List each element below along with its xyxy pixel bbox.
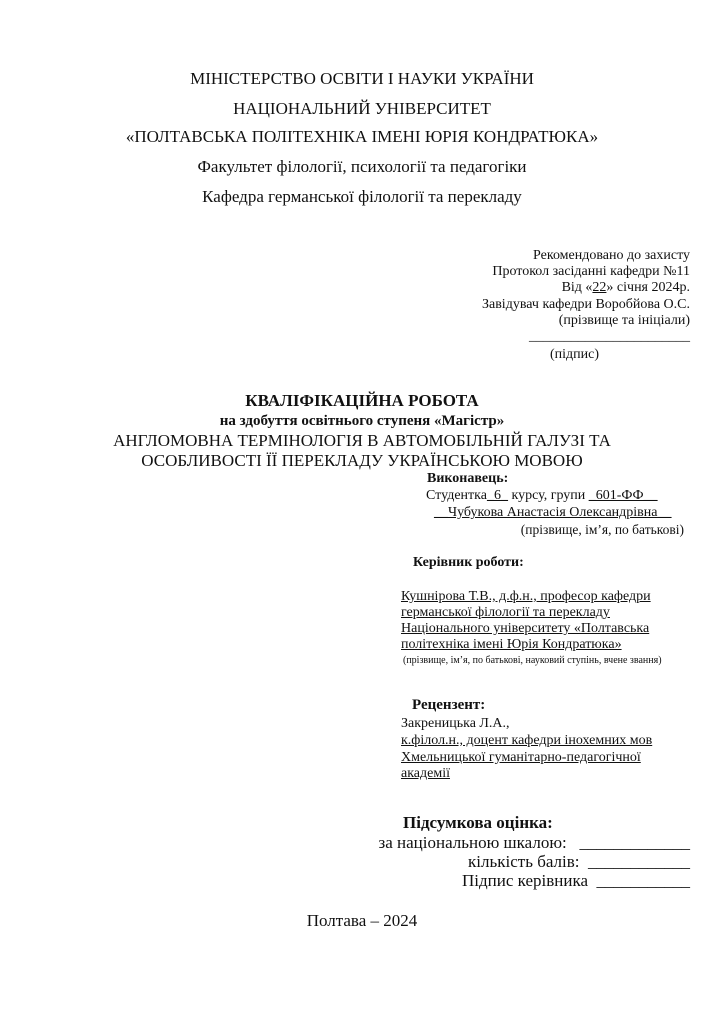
grade-label: Підсумкова оцінка: <box>403 814 553 831</box>
points-label: кількість балів: <box>468 852 579 871</box>
department-heading: Кафедра германської філології та перекла… <box>0 188 724 205</box>
work-type-title: КВАЛІФІКАЦІЙНА РОБОТА <box>0 392 724 409</box>
supervisor-line: германської філології та перекладу <box>401 606 610 620</box>
national-scale-label: за національною шкалою: <box>379 833 567 852</box>
recommended-text: Рекомендовано до захисту <box>533 249 690 263</box>
reviewer-line: академії <box>401 767 450 781</box>
city-year: Полтава – 2024 <box>0 912 724 929</box>
faculty-heading: Факультет філології, психології та педаг… <box>0 158 724 175</box>
national-scale-row: за національною шкалою: _____________ <box>379 834 691 851</box>
university-name-heading: «ПОЛТАВСЬКА ПОЛІТЕХНІКА ІМЕНІ ЮРІЯ КОНДР… <box>0 128 724 145</box>
student-course-group: Студентка_6_ курсу, групи _601-ФФ__ <box>426 489 658 503</box>
supervisor-signature-label: Підпис керівника <box>462 871 588 890</box>
reviewer-name: Закреницька Л.А., <box>401 717 510 731</box>
supervisor-note: (прізвище, ім’я, по батькові, науковий с… <box>403 656 662 666</box>
protocol-text: Протокол засіданні кафедри №11 <box>492 265 690 279</box>
student-name-note: (прізвище, ім’я, по батькові) <box>521 523 684 537</box>
topic-line-2: ОСОБЛИВОСТІ ЇЇ ПЕРЕКЛАДУ УКРАЇНСЬКОЮ МОВ… <box>0 452 724 469</box>
date-prefix: Від « <box>562 280 593 295</box>
supervisor-signature-blank: ___________ <box>597 871 691 890</box>
ministry-heading: МІНІСТЕРСТВО ОСВІТИ І НАУКИ УКРАЇНИ <box>0 70 724 87</box>
executor-label: Виконавець: <box>427 472 508 486</box>
university-heading: НАЦІОНАЛЬНИЙ УНІВЕРСИТЕТ <box>0 100 724 117</box>
reviewer-label: Рецензент: <box>412 698 485 713</box>
date-suffix: » січня 2024р. <box>606 280 690 295</box>
course-suffix: курсу, групи <box>508 488 589 503</box>
supervisor-line: політехніка імені Юрія Кондратюка» <box>401 638 622 652</box>
supervisor-line: Національного університету «Полтавська <box>401 622 649 636</box>
supervisor-line: Кушнірова Т.В., д.ф.н., професор кафедри <box>401 590 651 604</box>
head-note: (прізвище та ініціали) <box>559 314 690 328</box>
points-row: кількість балів: ____________ <box>468 853 690 870</box>
degree-subtitle: на здобуття освітнього ступеня «Магістр» <box>0 414 724 429</box>
protocol-date: Від «22» січня 2024р. <box>562 281 690 295</box>
course-value: _6_ <box>487 488 508 503</box>
topic-line-1: АНГЛОМОВНА ТЕРМІНОЛОГІЯ В АВТОМОБІЛЬНІЙ … <box>0 432 724 449</box>
reviewer-line: Хмельницької гуманітарно-педагогічної <box>401 751 641 765</box>
student-prefix: Студентка <box>426 488 487 503</box>
date-day: 22 <box>592 280 606 295</box>
signature-note: (підпис) <box>550 348 599 362</box>
national-scale-blank: _____________ <box>580 833 691 852</box>
department-head: Завідувач кафедри Воробйова О.С. <box>482 298 690 312</box>
points-blank: ____________ <box>588 852 690 871</box>
signature-row: Підпис керівника ___________ <box>462 872 690 889</box>
signature-line: _______________________ <box>529 330 690 344</box>
supervisor-label: Керівник роботи: <box>413 556 524 570</box>
group-value: _601-ФФ__ <box>589 488 658 503</box>
student-name: __Чубукова Анастасія Олександрівна__ <box>434 506 672 520</box>
reviewer-line: к.філол.н., доцент кафедри інохемних мов <box>401 734 652 748</box>
